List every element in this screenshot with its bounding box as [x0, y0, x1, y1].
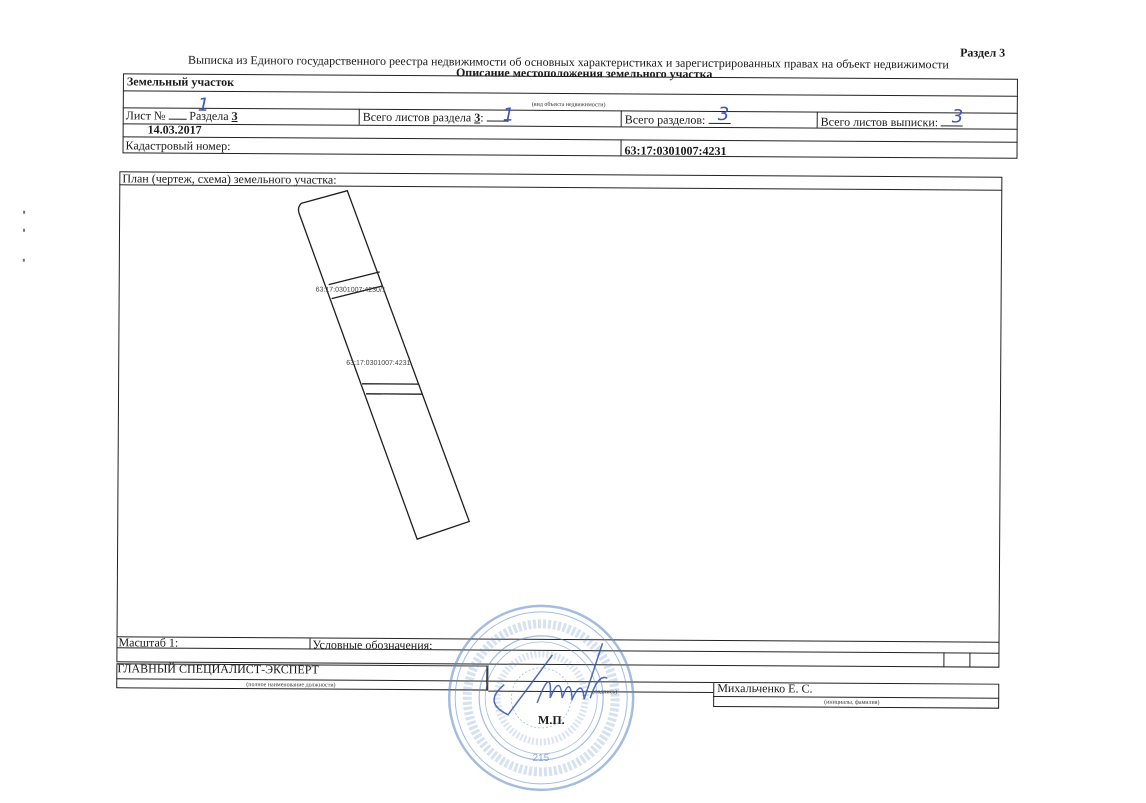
scan-artifact [23, 259, 25, 262]
divider [486, 666, 487, 691]
scan-artifact [23, 229, 25, 232]
parcel-label-2: 63:17:0301007:4231 [346, 360, 410, 367]
document-page: Раздел 3 Выписка из Единого государствен… [0, 0, 1146, 803]
scan-artifact [23, 211, 25, 214]
name-caption: (инициалы, фамилия) [824, 700, 879, 706]
legend-label: Условные обозначения: [312, 637, 432, 653]
signer-name: Михальченко Е. С. [717, 681, 812, 697]
parcel-label-1: 63:17:0301007:4230/1 [316, 287, 386, 294]
position-title: ГЛАВНЫЙ СПЕЦИАЛИСТ-ЭКСПЕРТ [117, 661, 319, 677]
signature-caption: (подпись) [592, 689, 617, 695]
parcel-boundary [329, 272, 380, 285]
scale-label: Масштаб 1: [118, 635, 178, 650]
seal-label: М.П. [538, 713, 565, 728]
position-caption: (полное наименование должности) [246, 682, 335, 689]
